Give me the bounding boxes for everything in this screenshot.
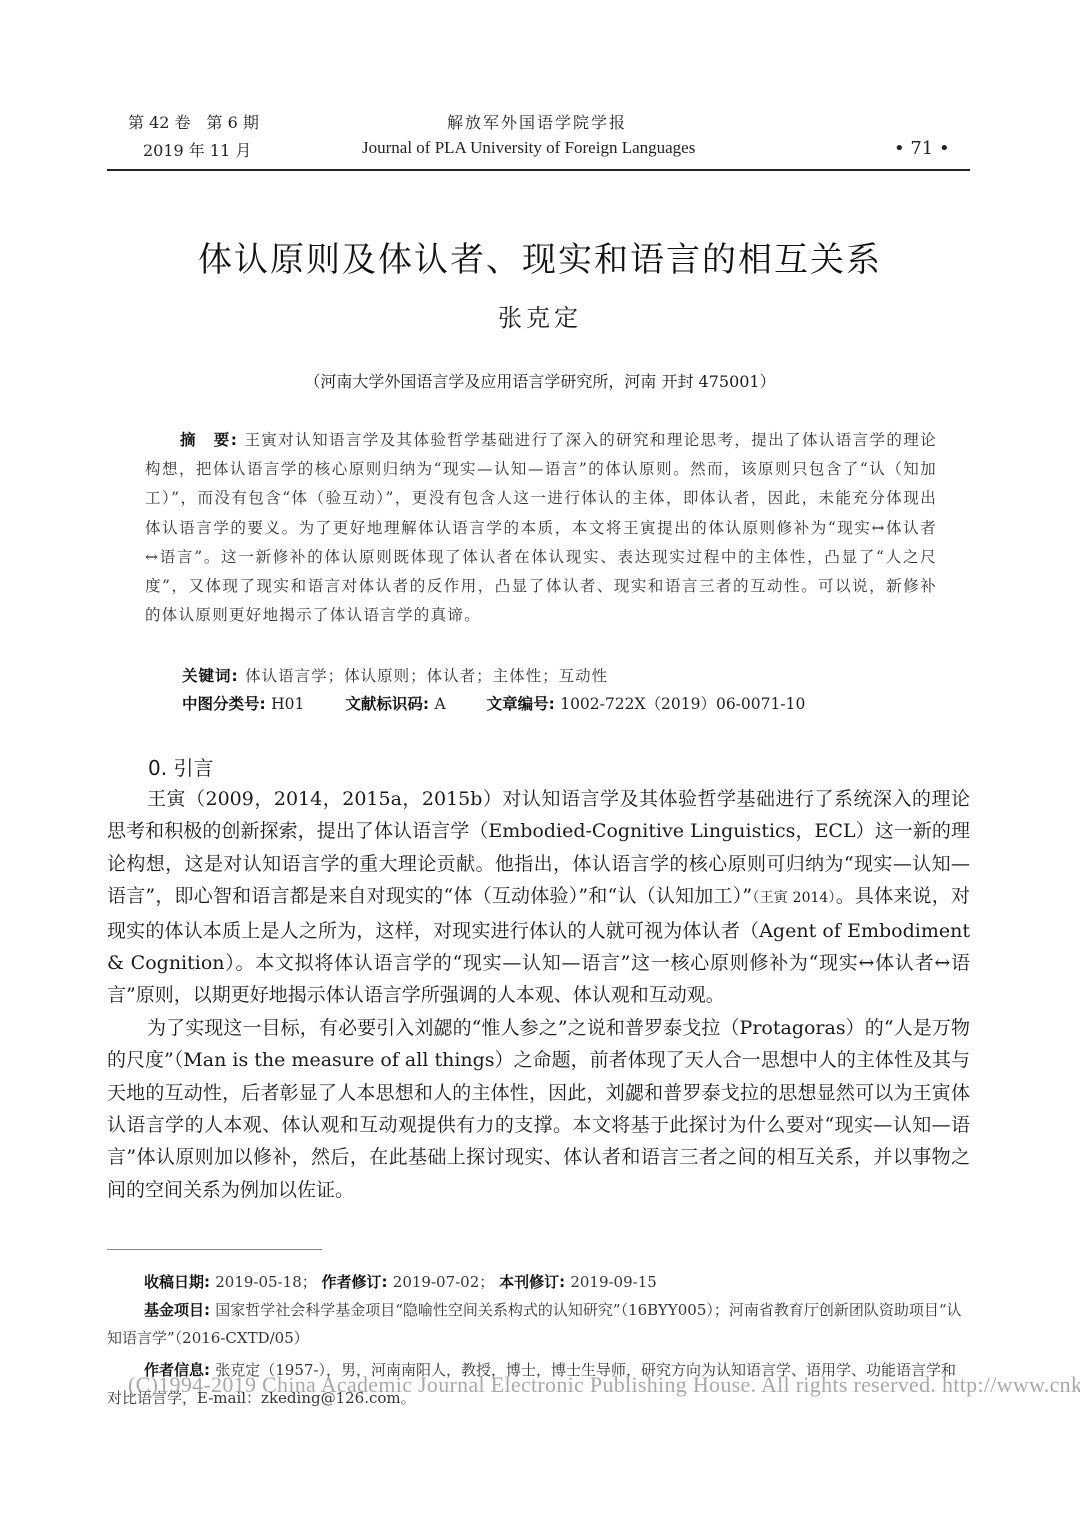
paragraph: 王寅（2009，2014，2015a，2015b）对认知语言学及其体验哲学基础进… (107, 783, 970, 1012)
clc-label: 中图分类号 (182, 695, 260, 713)
paragraph: 为了实现这一目标，有必要引入刘勰的“惟人参之”之说和普罗泰戈拉（Protagor… (107, 1012, 970, 1206)
dates-line: 收稿日期: 2019-05-18； 作者修订: 2019-07-02； 本刊修订… (107, 1268, 970, 1296)
journal-title-en: Journal of PLA University of Foreign Lan… (362, 138, 695, 158)
article-title: 体认原则及体认者、现实和语言的相互关系 (0, 232, 1080, 281)
journal-title-cn: 解放军外国语学院学报 (447, 110, 627, 133)
classification-line: 中图分类号: H01 文献标识码: A 文章编号: 1002-722X（2019… (182, 692, 805, 714)
issue-date: 2019 年 11 月 (143, 138, 251, 161)
affiliation: （河南大学外国语言学及应用语言学研究所，河南 开封 475001） (0, 369, 1080, 392)
page-number: • 71 • (894, 138, 950, 159)
citation: （王寅 2014） (752, 890, 836, 906)
copyright-watermark: (C)1994-2019 China Academic Journal Elec… (128, 1372, 1080, 1398)
abstract-label: 摘 要 (180, 431, 231, 449)
body-text: 王寅（2009，2014，2015a，2015b）对认知语言学及其体验哲学基础进… (107, 783, 970, 1206)
article-no-value: 1002-722X（2019）06-0071-10 (560, 695, 805, 713)
footnote-rule (107, 1249, 322, 1250)
keywords-label: 关键词 (182, 667, 232, 685)
doc-code-label: 文献标识码 (345, 695, 423, 713)
fund-line: 基金项目: 国家哲学社会科学基金项目“隐喻性空间关系构式的认知研究”（16BYY… (107, 1296, 970, 1352)
abstract-text: 王寅对认知语言学及其体验哲学基础进行了深入的研究和理论思考，提出了体认语言学的理… (145, 431, 937, 624)
keywords: 关键词: 体认语言学；体认原则；体认者；主体性；互动性 (182, 664, 608, 686)
volume-issue: 第 42 卷 第 6 期 (128, 110, 259, 133)
article-no-label: 文章编号 (487, 695, 549, 713)
keywords-text: 体认语言学；体认原则；体认者；主体性；互动性 (245, 667, 608, 685)
clc-value: H01 (271, 695, 304, 713)
section-heading: 0. 引言 (148, 752, 213, 781)
doc-code-value: A (434, 695, 445, 713)
abstract: 摘 要: 王寅对认知语言学及其体验哲学基础进行了深入的研究和理论思考，提出了体认… (145, 426, 937, 630)
author-name: 张克定 (0, 298, 1080, 333)
header-rule (107, 169, 970, 171)
